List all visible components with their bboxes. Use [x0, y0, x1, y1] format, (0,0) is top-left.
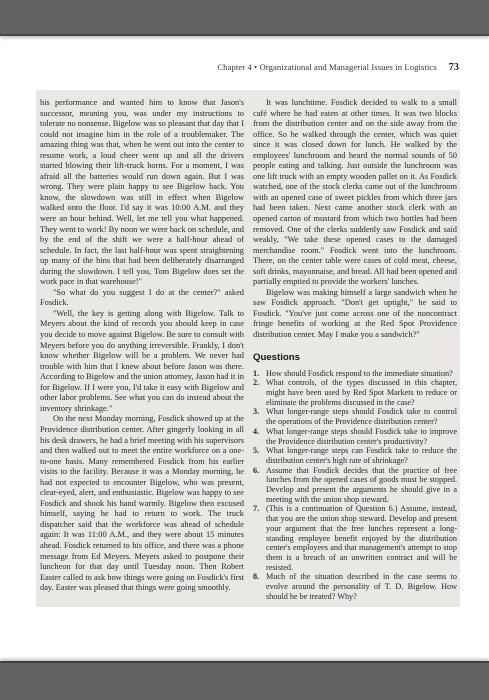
body-paragraph: "Well, the key is getting along with Big…: [40, 309, 244, 414]
question-number: 7.: [253, 504, 259, 514]
question-item: 3.What longer-range steps should Fosdick…: [253, 407, 457, 426]
question-text: How should Fosdick respond to the immedi…: [266, 369, 453, 378]
right-column-paragraphs: It was lunchtime. Fosdick decided to wal…: [253, 98, 457, 341]
question-item: 6.Assume that Fosdick decides that the p…: [253, 466, 457, 505]
question-text: What controls, of the types discussed in…: [266, 378, 457, 406]
questions-heading: Questions: [253, 352, 457, 363]
question-text: Much of the situation described in the c…: [266, 572, 457, 600]
body-paragraph: his performance and wanted him to know t…: [40, 98, 244, 288]
questions-list: 1.How should Fosdick respond to the imme…: [253, 369, 457, 602]
question-text: What longer-range steps should Fosdick t…: [266, 427, 457, 446]
question-number: 8.: [253, 572, 259, 582]
question-item: 8.Much of the situation described in the…: [253, 572, 457, 601]
question-item: 2.What controls, of the types discussed …: [253, 378, 457, 407]
left-text-column: his performance and wanted him to know t…: [40, 98, 244, 601]
page-number: 73: [449, 62, 459, 73]
question-item: 1.How should Fosdick respond to the imme…: [253, 369, 457, 379]
question-text: Assume that Fosdick decides that the pra…: [266, 466, 457, 504]
two-column-layout: his performance and wanted him to know t…: [40, 98, 457, 601]
question-text: (This is a continuation of Question 6.) …: [266, 504, 457, 571]
body-paragraph: "So what do you suggest I do at the cent…: [40, 288, 244, 309]
question-item: 5.What longer-range steps can Fosdick ta…: [253, 446, 457, 465]
question-item: 4.What longer-range steps should Fosdick…: [253, 427, 457, 446]
page-content-area: his performance and wanted him to know t…: [36, 90, 460, 607]
body-paragraph: Bigelow was making himself a large sandw…: [253, 288, 457, 341]
question-item: 7.(This is a continuation of Question 6.…: [253, 504, 457, 572]
question-number: 1.: [253, 369, 259, 379]
question-number: 4.: [253, 427, 259, 437]
running-head: Chapter 4 • Organizational and Manageria…: [217, 62, 459, 73]
question-number: 3.: [253, 407, 259, 417]
chapter-title: Chapter 4 • Organizational and Manageria…: [217, 62, 436, 72]
body-paragraph: On the next Monday morning, Fosdick show…: [40, 414, 244, 593]
body-paragraph: It was lunchtime. Fosdick decided to wal…: [253, 98, 457, 288]
question-text: What longer-range steps can Fosdick take…: [266, 446, 457, 465]
question-number: 5.: [253, 446, 259, 456]
scanner-band-top: [0, 0, 489, 36]
question-text: What longer-range steps should Fosdick t…: [266, 407, 457, 426]
right-text-column: It was lunchtime. Fosdick decided to wal…: [253, 98, 457, 601]
scanner-band-bottom: [0, 661, 489, 700]
question-number: 2.: [253, 378, 259, 388]
question-number: 6.: [253, 466, 259, 476]
